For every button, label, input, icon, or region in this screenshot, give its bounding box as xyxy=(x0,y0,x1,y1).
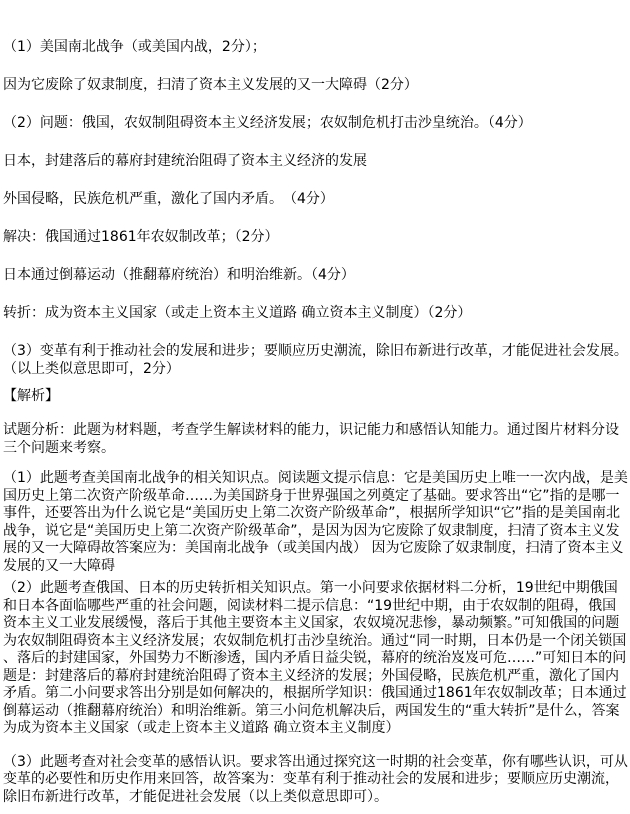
answer-section: （1）美国南北战争（或美国内战，2分）； 因为它废除了奴隶制度，扫清了资本主义发… xyxy=(3,38,628,378)
answer-line-8: 转折：成为资本主义国家（或走上资本主义道路 确立资本主义制度）（2分） xyxy=(3,304,628,322)
answer-line-2: 因为它废除了奴隶制度，扫清了资本主义发展的又一大障碍（2分） xyxy=(3,76,628,94)
answer-line-9: （3）变革有利于推动社会的发展和进步；要顺应历史潮流，除旧布新进行改革，才能促进… xyxy=(3,342,628,378)
document-page: （1）美国南北战争（或美国内战，2分）； 因为它废除了奴隶制度，扫清了资本主义发… xyxy=(0,0,630,814)
analysis-header: 【解析】 xyxy=(3,387,628,405)
analysis-paragraph-2: （2）此题考查俄国、日本的历史转折相关知识点。第一小问要求依据材料二分析，19世… xyxy=(3,580,628,738)
answer-line-4: 日本，封建落后的幕府封建统治阻碍了资本主义经济的发展 xyxy=(3,152,628,170)
analysis-paragraph-1: （1）此题考查美国南北战争的相关知识点。阅读题文提示信息：它是美国历史上唯一一次… xyxy=(3,470,628,575)
answer-line-6: 解决：俄国通过1861年农奴制改革；（2分） xyxy=(3,228,628,246)
analysis-section: 【解析】 试题分析：此题为材料题，考查学生解读材料的能力，识记能力和感悟认知能力… xyxy=(3,387,628,806)
answer-line-1: （1）美国南北战争（或美国内战，2分）； xyxy=(3,38,628,56)
answer-line-7: 日本通过倒幕运动（推翻幕府统治）和明治维新。（4分） xyxy=(3,266,628,284)
analysis-paragraph-3: （3）此题考查对社会变革的感悟认识。要求答出通过探究这一时期的社会变革，你有哪些… xyxy=(3,754,628,807)
answer-line-5: 外国侵略，民族危机严重，激化了国内矛盾。 （4分） xyxy=(3,190,628,208)
answer-line-3: （2）问题：俄国，农奴制阻碍资本主义经济发展；农奴制危机打击沙皇统治。（4分） xyxy=(3,114,628,132)
analysis-paragraph-intro: 试题分析：此题为材料题，考查学生解读材料的能力，识记能力和感悟认知能力。通过图片… xyxy=(3,422,628,457)
